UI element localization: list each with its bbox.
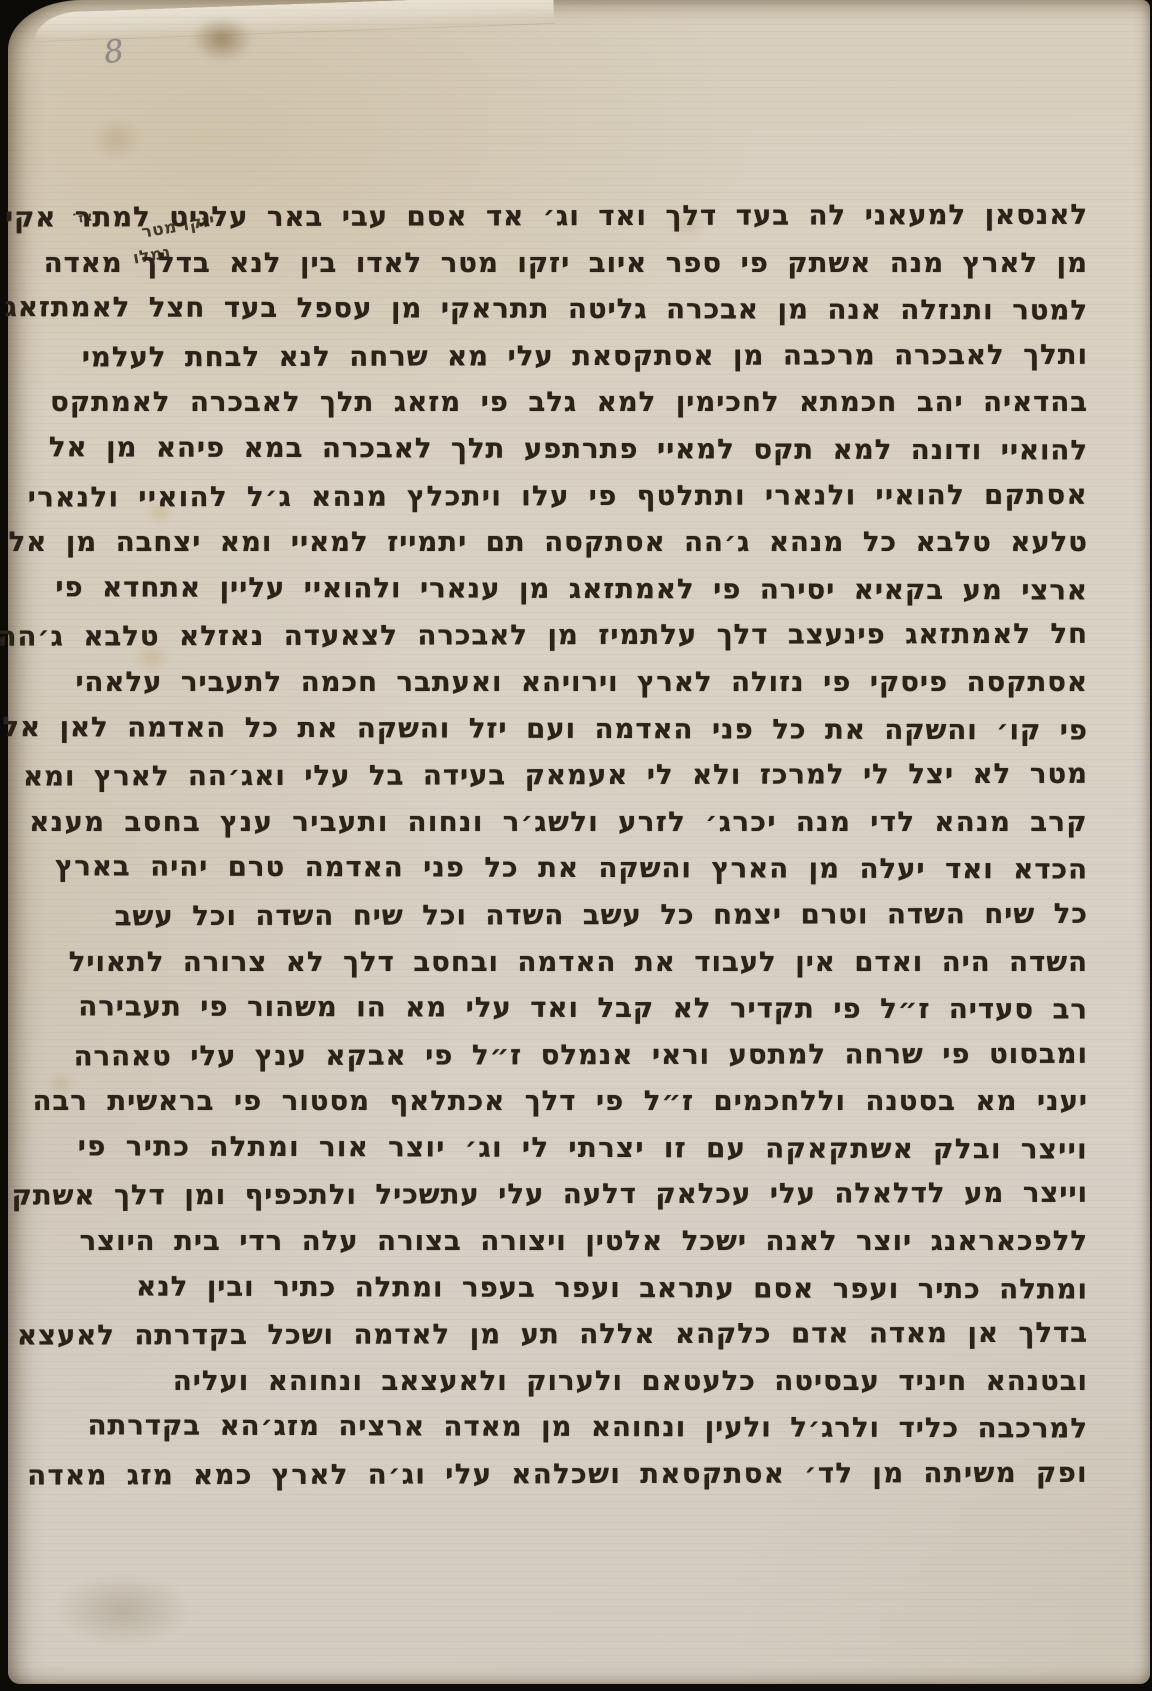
manuscript-line: בדלך אן מאדה אדם כלקהא אללה תע מן לאדמה …: [136, 1310, 1088, 1359]
manuscript-line: הכדא ואד יעלה מן הארץ והשקה את כל פני הא…: [136, 844, 1088, 894]
manuscript-line: רב סעדיה ז״ל פי תקדיר לא קבל ואד עלי מא …: [136, 984, 1088, 1034]
manuscript-line: טלעא טלבא כל מנהא ג׳הה אסתקסה תם יתמייז …: [136, 519, 1088, 566]
manuscript-line: כל שיח השדה וטרם יצמח כל עשב השדה וכל שי…: [136, 891, 1088, 940]
manuscript-line: מן לארץ מנה אשתק פי ספר איוב יזקו מטר לא…: [136, 240, 1088, 287]
manuscript-line: מטר לא יצל לי למרכז ולא לי אעמאק בעידה ב…: [136, 751, 1088, 800]
manuscript-line: ובטנהא חיניד עבסיטה כלעטאם ולערוק ולאעצא…: [136, 1358, 1088, 1405]
manuscript-line: למטר ותנזלה אנה מן אבכרה גליטה תתראקי מן…: [136, 285, 1088, 335]
manuscript-line: ארצי מע בקאיא יסירה פי לאמתזאג מן ענארי …: [136, 564, 1088, 614]
manuscript-line: ותלך לאבכרה מרכבה מן אסתקסאת עלי מא שרחה…: [136, 332, 1088, 381]
manuscript-line: חל לאמתזאג פינעצב דלך עלתמיז מן לאבכרה ל…: [136, 611, 1088, 660]
manuscript-line: וייצר מע לדלאלה עלי עכלאק דלעה עלי עתשכי…: [136, 1170, 1088, 1219]
manuscript-line: אסתקסה פיסקי פי נזולה לארץ וירויהא ואעתב…: [136, 659, 1088, 706]
manuscript-line: ומבסוט פי שרחה למתסע וראי אנמלס ז״ל פי א…: [136, 1030, 1088, 1079]
manuscript-line: למרכבה כליד ולרג׳ל ולעין ונחוהא מן מאדה …: [136, 1403, 1088, 1453]
manuscript-line: ומתלה כתיר ועפר אסם עתראב ועפר בעפר ומתל…: [136, 1263, 1088, 1313]
manuscript-line: בהדאיה יהב חכמתא לחכימין למא גלב פי מזאג…: [136, 379, 1088, 426]
manuscript-line: וייצר ובלק אשתקאקה עם זו יצרתי לי וג׳ יו…: [136, 1123, 1088, 1173]
manuscript-line: ללפכאראנג יוצר לאנה ישכל אלטין ויצורה בצ…: [136, 1218, 1088, 1265]
manuscript-line: פי קו׳ והשקה את כל פני האדמה ועם יזל והש…: [136, 704, 1088, 754]
main-text-block: לאנסאן למעאני לה בעד דלך ואד וג׳ אד אסם …: [136, 193, 1088, 1498]
manuscript-line: קרב מנהא לדי מנה יכרג׳ לזרע ולשג׳ר ונחוה…: [136, 799, 1088, 846]
manuscript-line: השדה היה ואדם אין לעבוד את האדמה ובחסב ד…: [136, 939, 1088, 986]
paper-stain: [92, 118, 142, 160]
manuscript-line: אסתקם להואיי ולנארי ותתלטף פי עלו ויתכלץ…: [136, 471, 1088, 520]
manuscript-photo: { "page": { "folio_number": "8", "margin…: [0, 0, 1152, 1691]
manuscript-page: 8 צז̇ יזקו מטר נמלו לאנסאן למעאני לה בעד…: [8, 0, 1150, 1684]
corner-smudge: [58, 1575, 188, 1645]
folio-number: 8: [102, 33, 126, 71]
manuscript-line: ופק משיתה מן לד׳ אסתקסאת ושכלהא עלי וג׳ה…: [136, 1450, 1088, 1499]
manuscript-line: לאנסאן למעאני לה בעד דלך ואד וג׳ אד אסם …: [136, 192, 1088, 241]
manuscript-line: להואיי ודונה למא תקס למאיי פתרתפע תלך לא…: [136, 424, 1088, 474]
manuscript-line: יעני מא בסטנה וללחכמים ז״ל פי דלך אכתלאף…: [136, 1078, 1088, 1125]
